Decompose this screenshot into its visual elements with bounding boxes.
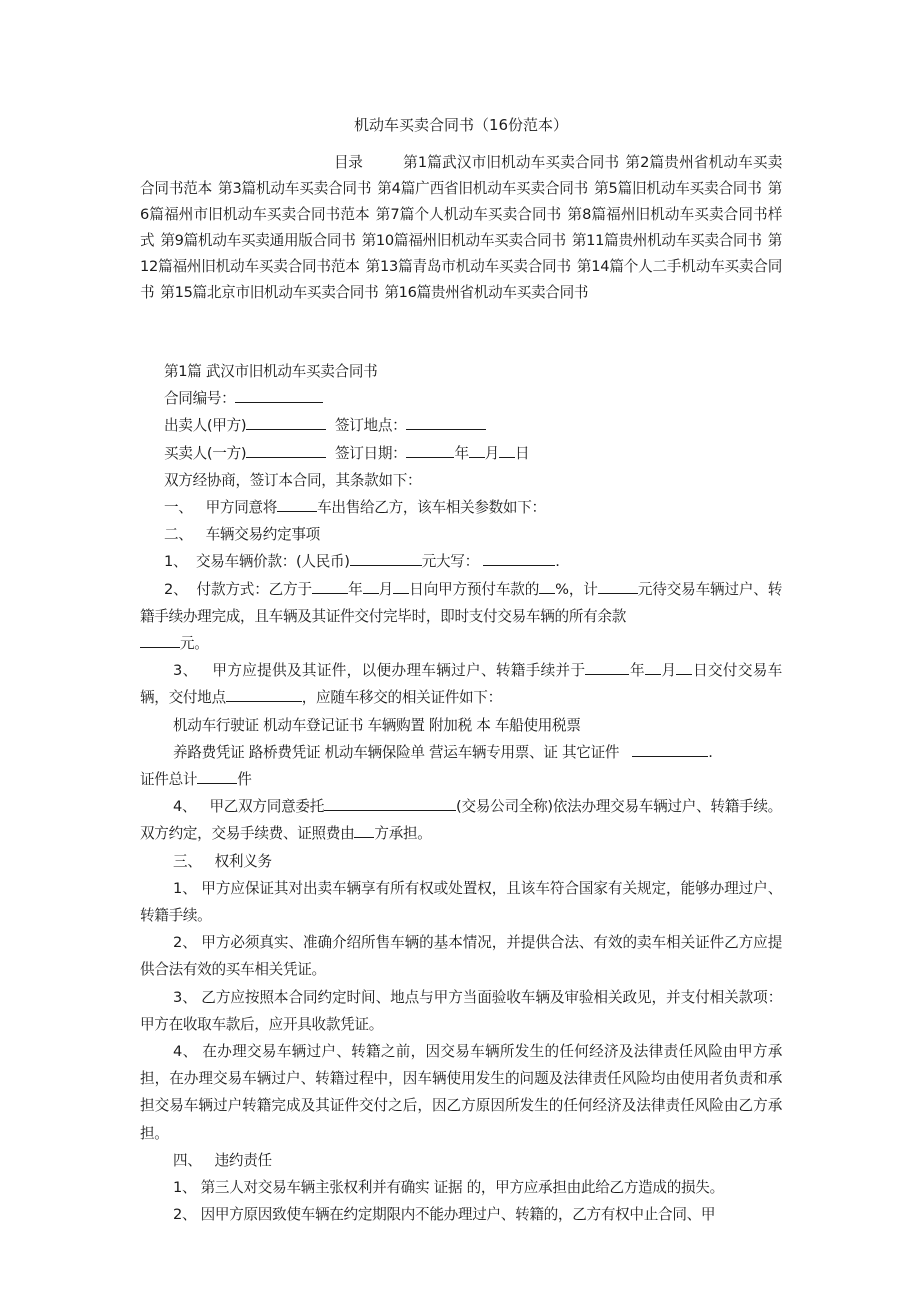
- toc-entry[interactable]: 第5篇旧机动车买卖合同书: [594, 180, 762, 197]
- section-number: 二、: [164, 526, 193, 543]
- toc-entry[interactable]: 第11篇贵州机动车买卖合同书: [572, 232, 762, 249]
- year-blank: [312, 578, 348, 594]
- item-text: 件: [237, 771, 251, 788]
- table-of-contents: 目录第1篇武汉市旧机动车买卖合同书第2篇贵州省机动车买卖合同书范本第3篇机动车买…: [140, 150, 782, 306]
- place-blank: [226, 686, 302, 702]
- item-text: 养路费凭证 路桥费凭证 机动车辆保险单 营运车辆专用票、证 其它证件: [173, 744, 619, 761]
- section-2-item-1: 1、 交易车辆价款：(人民币)元大写： .: [140, 548, 782, 575]
- sign-place-blank: [406, 414, 486, 430]
- contract-number-label: 合同编号：: [164, 390, 235, 407]
- item-text: 元大写：: [422, 553, 479, 570]
- day-blank: [393, 578, 409, 594]
- section-3-heading: 三、 权利义务: [140, 848, 782, 875]
- documents-list-2: 养路费凭证 路桥费凭证 机动车辆保险单 营运车辆专用票、证 其它证件 .: [140, 739, 782, 766]
- item-text: 付款方式：乙方于: [197, 581, 312, 598]
- month-label: 月: [485, 445, 499, 462]
- item-text: 元。: [180, 635, 209, 652]
- percent-blank: [539, 578, 555, 594]
- other-docs-blank: [632, 741, 708, 757]
- document-title: 机动车买卖合同书（16份范本）: [140, 114, 782, 136]
- total-blank: [197, 768, 237, 784]
- chapter-1-body: 第1篇 武汉市旧机动车买卖合同书 合同编号： 出卖人(甲方) 签订地点： 买卖人…: [140, 358, 782, 1229]
- item-text: 年: [348, 581, 363, 598]
- section-3-item-2: 2、 甲方必须真实、准确介绍所售车辆的基本情况，并提供合法、有效的卖车相关证件乙…: [140, 929, 782, 983]
- day-blank: [676, 659, 692, 675]
- section-number: 三、: [173, 853, 202, 870]
- contract-number-line: 合同编号：: [140, 385, 782, 412]
- item-text: 证件总计: [140, 771, 197, 788]
- month-blank: [469, 442, 485, 458]
- item-number: 4、: [173, 798, 196, 815]
- item-text: .: [555, 553, 559, 570]
- item-text: 年: [629, 662, 645, 679]
- buyer-label: 买卖人(一方): [164, 445, 246, 462]
- section-4-heading: 四、 违约责任: [140, 1147, 782, 1174]
- toc-entry[interactable]: 第7篇个人机动车买卖合同书: [376, 206, 562, 223]
- chapter-heading: 第1篇 武汉市旧机动车买卖合同书: [140, 358, 782, 385]
- price-words-blank: [483, 550, 555, 566]
- sign-date-label: 签订日期：: [335, 445, 406, 462]
- buyer-line: 买卖人(一方) 签订日期：年月日: [140, 440, 782, 467]
- section-title: 车辆交易约定事项: [206, 526, 320, 543]
- section-text: 车出售给乙方，该车相关参数如下：: [317, 499, 546, 516]
- month-blank: [363, 578, 379, 594]
- buyer-blank: [246, 442, 326, 458]
- toc-entry[interactable]: 第16篇贵州省机动车买卖合同书: [384, 284, 588, 301]
- documents-total: 证件总计件: [140, 766, 782, 793]
- amount-blank: [598, 578, 638, 594]
- toc-entry[interactable]: 第9篇机动车买卖通用版合同书: [160, 232, 355, 249]
- item-text: 甲乙双方同意委托: [209, 798, 324, 815]
- item-text: 方承担。: [374, 825, 431, 842]
- section-title: 违约责任: [215, 1152, 272, 1169]
- section-title: 权利义务: [215, 853, 272, 870]
- company-blank: [324, 795, 456, 811]
- section-3-item-1: 1、 甲方应保证其对出卖车辆享有所有权或处置权，且该车符合国家有关规定，能够办理…: [140, 875, 782, 929]
- car-blank: [277, 496, 317, 512]
- day-blank: [499, 442, 515, 458]
- section-2-heading: 二、 车辆交易约定事项: [140, 521, 782, 548]
- documents-list-1: 机动车行驶证 机动车登记证书 车辆购置 附加税 本 车船使用税票: [140, 712, 782, 739]
- balance-blank: [140, 632, 180, 648]
- toc-label: 目录: [334, 150, 363, 176]
- price-blank: [350, 550, 422, 566]
- toc-entry[interactable]: 第10篇福州旧机动车买卖合同书: [362, 232, 566, 249]
- item-text: 甲方应提供及其证件，以便办理车辆过户、转籍手续并于: [212, 662, 585, 679]
- section-3-item-4: 4、 在办理交易车辆过户、转籍之前，因交易车辆所发生的任何经济及法律责任风险由甲…: [140, 1038, 782, 1147]
- section-4-item-1: 1、 第三人对交易车辆主张权利并有确实 证据 的，甲方应承担由此给乙方造成的损失…: [140, 1174, 782, 1201]
- item-number: 3、: [173, 662, 198, 679]
- seller-line: 出卖人(甲方) 签订地点：: [140, 412, 782, 439]
- day-label: 日: [515, 445, 529, 462]
- section-2-item-3: 3、 甲方应提供及其证件，以便办理车辆过户、转籍手续并于年月日交付交易车辆，交付…: [140, 657, 782, 711]
- intro-text: 双方经协商，签订本合同，其条款如下：: [140, 467, 782, 494]
- item-number: 1、: [164, 553, 187, 570]
- sign-place-label: 签订地点：: [335, 417, 406, 434]
- toc-entry[interactable]: 第1篇武汉市旧机动车买卖合同书: [403, 154, 620, 171]
- party-blank: [354, 822, 374, 838]
- month-blank: [645, 659, 661, 675]
- section-1: 一、 甲方同意将车出售给乙方，该车相关参数如下：: [140, 494, 782, 521]
- item-text: 月: [661, 662, 677, 679]
- item-text: 日向甲方预付车款的: [409, 581, 539, 598]
- item-text: ，应随车移交的相关证件如下：: [302, 689, 502, 706]
- item-text: 月: [379, 581, 394, 598]
- year-blank: [585, 659, 629, 675]
- item-text: 交易车辆价款：(人民币): [196, 553, 350, 570]
- toc-entry[interactable]: 第4篇广西省旧机动车买卖合同书: [377, 180, 588, 197]
- item-text: %，计: [555, 581, 598, 598]
- section-text: 甲方同意将: [206, 499, 277, 516]
- year-label: 年: [454, 445, 468, 462]
- section-4-item-2: 2、 因甲方原因致使车辆在约定期限内不能办理过户、转籍的，乙方有权中止合同、甲: [140, 1201, 782, 1228]
- seller-label: 出卖人(甲方): [164, 417, 246, 434]
- section-number: 一、: [164, 499, 193, 516]
- section-3-item-3: 3、 乙方应按照本合同约定时间、地点与甲方当面验收车辆及审验相关政见，并支付相关…: [140, 984, 782, 1038]
- item-text: .: [708, 744, 712, 761]
- section-2-item-4: 4、 甲乙双方同意委托(交易公司全称)依法办理交易车辆过户、转籍手续。双方约定，…: [140, 793, 782, 847]
- toc-entry[interactable]: 第13篇青岛市机动车买卖合同书: [366, 258, 571, 275]
- toc-entry[interactable]: 第15篇北京市旧机动车买卖合同书: [160, 284, 378, 301]
- section-number: 四、: [173, 1152, 202, 1169]
- toc-entry[interactable]: 第3篇机动车买卖合同书: [218, 180, 371, 197]
- year-blank: [406, 442, 454, 458]
- seller-blank: [246, 414, 326, 430]
- contract-number-blank: [235, 387, 323, 403]
- item-number: 2、: [164, 581, 188, 598]
- section-2-item-2: 2、 付款方式：乙方于年月日向甲方预付车款的%，计元待交易车辆过户、转籍手续办理…: [140, 576, 782, 658]
